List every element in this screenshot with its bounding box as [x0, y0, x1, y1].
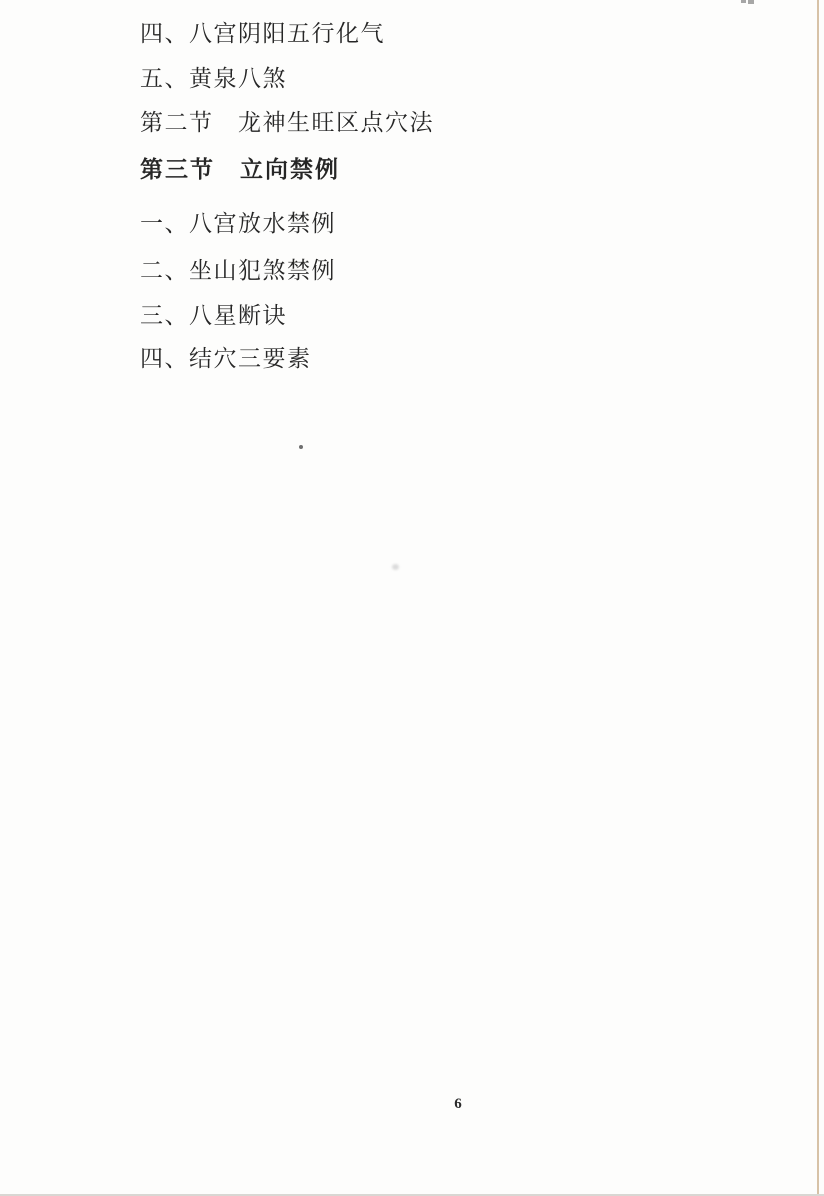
toc-line: 三、八星断诀: [140, 302, 287, 330]
toc-line: 二、坐山犯煞禁例: [140, 257, 336, 285]
toc-line: 四、结穴三要素: [140, 345, 312, 373]
scan-smudge: [748, 0, 754, 4]
page-edge-line: [817, 0, 819, 1196]
toc-line: 五、黄泉八煞: [140, 65, 287, 93]
toc-line-section: 第二节 龙神生旺区点穴法: [140, 109, 434, 137]
scan-speck: [392, 564, 399, 570]
toc-line: 四、八宫阴阳五行化气: [140, 20, 385, 48]
toc-line: 一、八宫放水禁例: [140, 210, 336, 238]
document-page: 四、八宫阴阳五行化气 五、黄泉八煞 第二节 龙神生旺区点穴法 第三节 立向禁例 …: [0, 0, 824, 1196]
toc-line-section: 第三节 立向禁例: [140, 156, 340, 184]
scan-speck: [299, 445, 303, 449]
scan-smudge: [741, 0, 746, 3]
page-number: 6: [448, 1096, 468, 1113]
